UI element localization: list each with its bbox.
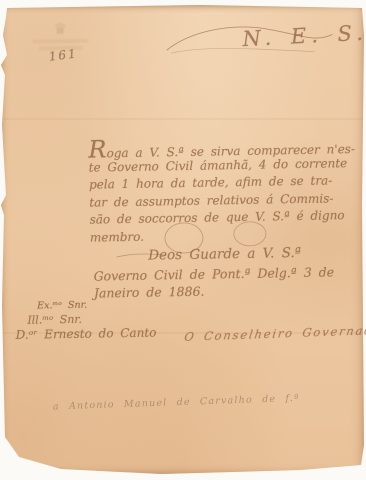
seal-text-line bbox=[32, 39, 88, 44]
valediction: Deos Guarde a V. S.ª bbox=[148, 245, 301, 264]
signature: O Conselheiro Governador bbox=[183, 323, 366, 344]
crown-icon: ♛ bbox=[24, 21, 96, 36]
pencil-annotation: a Antonio Manuel de Carvalho de f.ª bbox=[53, 393, 300, 413]
dateline: Governo Civil de Pont.ª Delg.ª 3 de Jane… bbox=[93, 263, 334, 301]
body-line: membro. bbox=[90, 225, 342, 247]
letter-body: Roga a V. S.ª se sirva comparecer n'es- … bbox=[88, 137, 342, 246]
addressee-block: Ex.ᵐᵒ Snr. Ill.ᵐᵒ Snr. D.ᵒʳ Ernesto do C… bbox=[15, 297, 157, 341]
monogram-initials: N. E. S. bbox=[242, 21, 366, 52]
addressee-name: D.ᵒʳ Ernesto do Canto bbox=[16, 325, 157, 341]
letter-content: ♛ 161 N. E. S. Roga a V. S.ª se sirva co… bbox=[0, 0, 366, 480]
scanned-letter: ♛ 161 N. E. S. Roga a V. S.ª se sirva co… bbox=[0, 0, 366, 480]
